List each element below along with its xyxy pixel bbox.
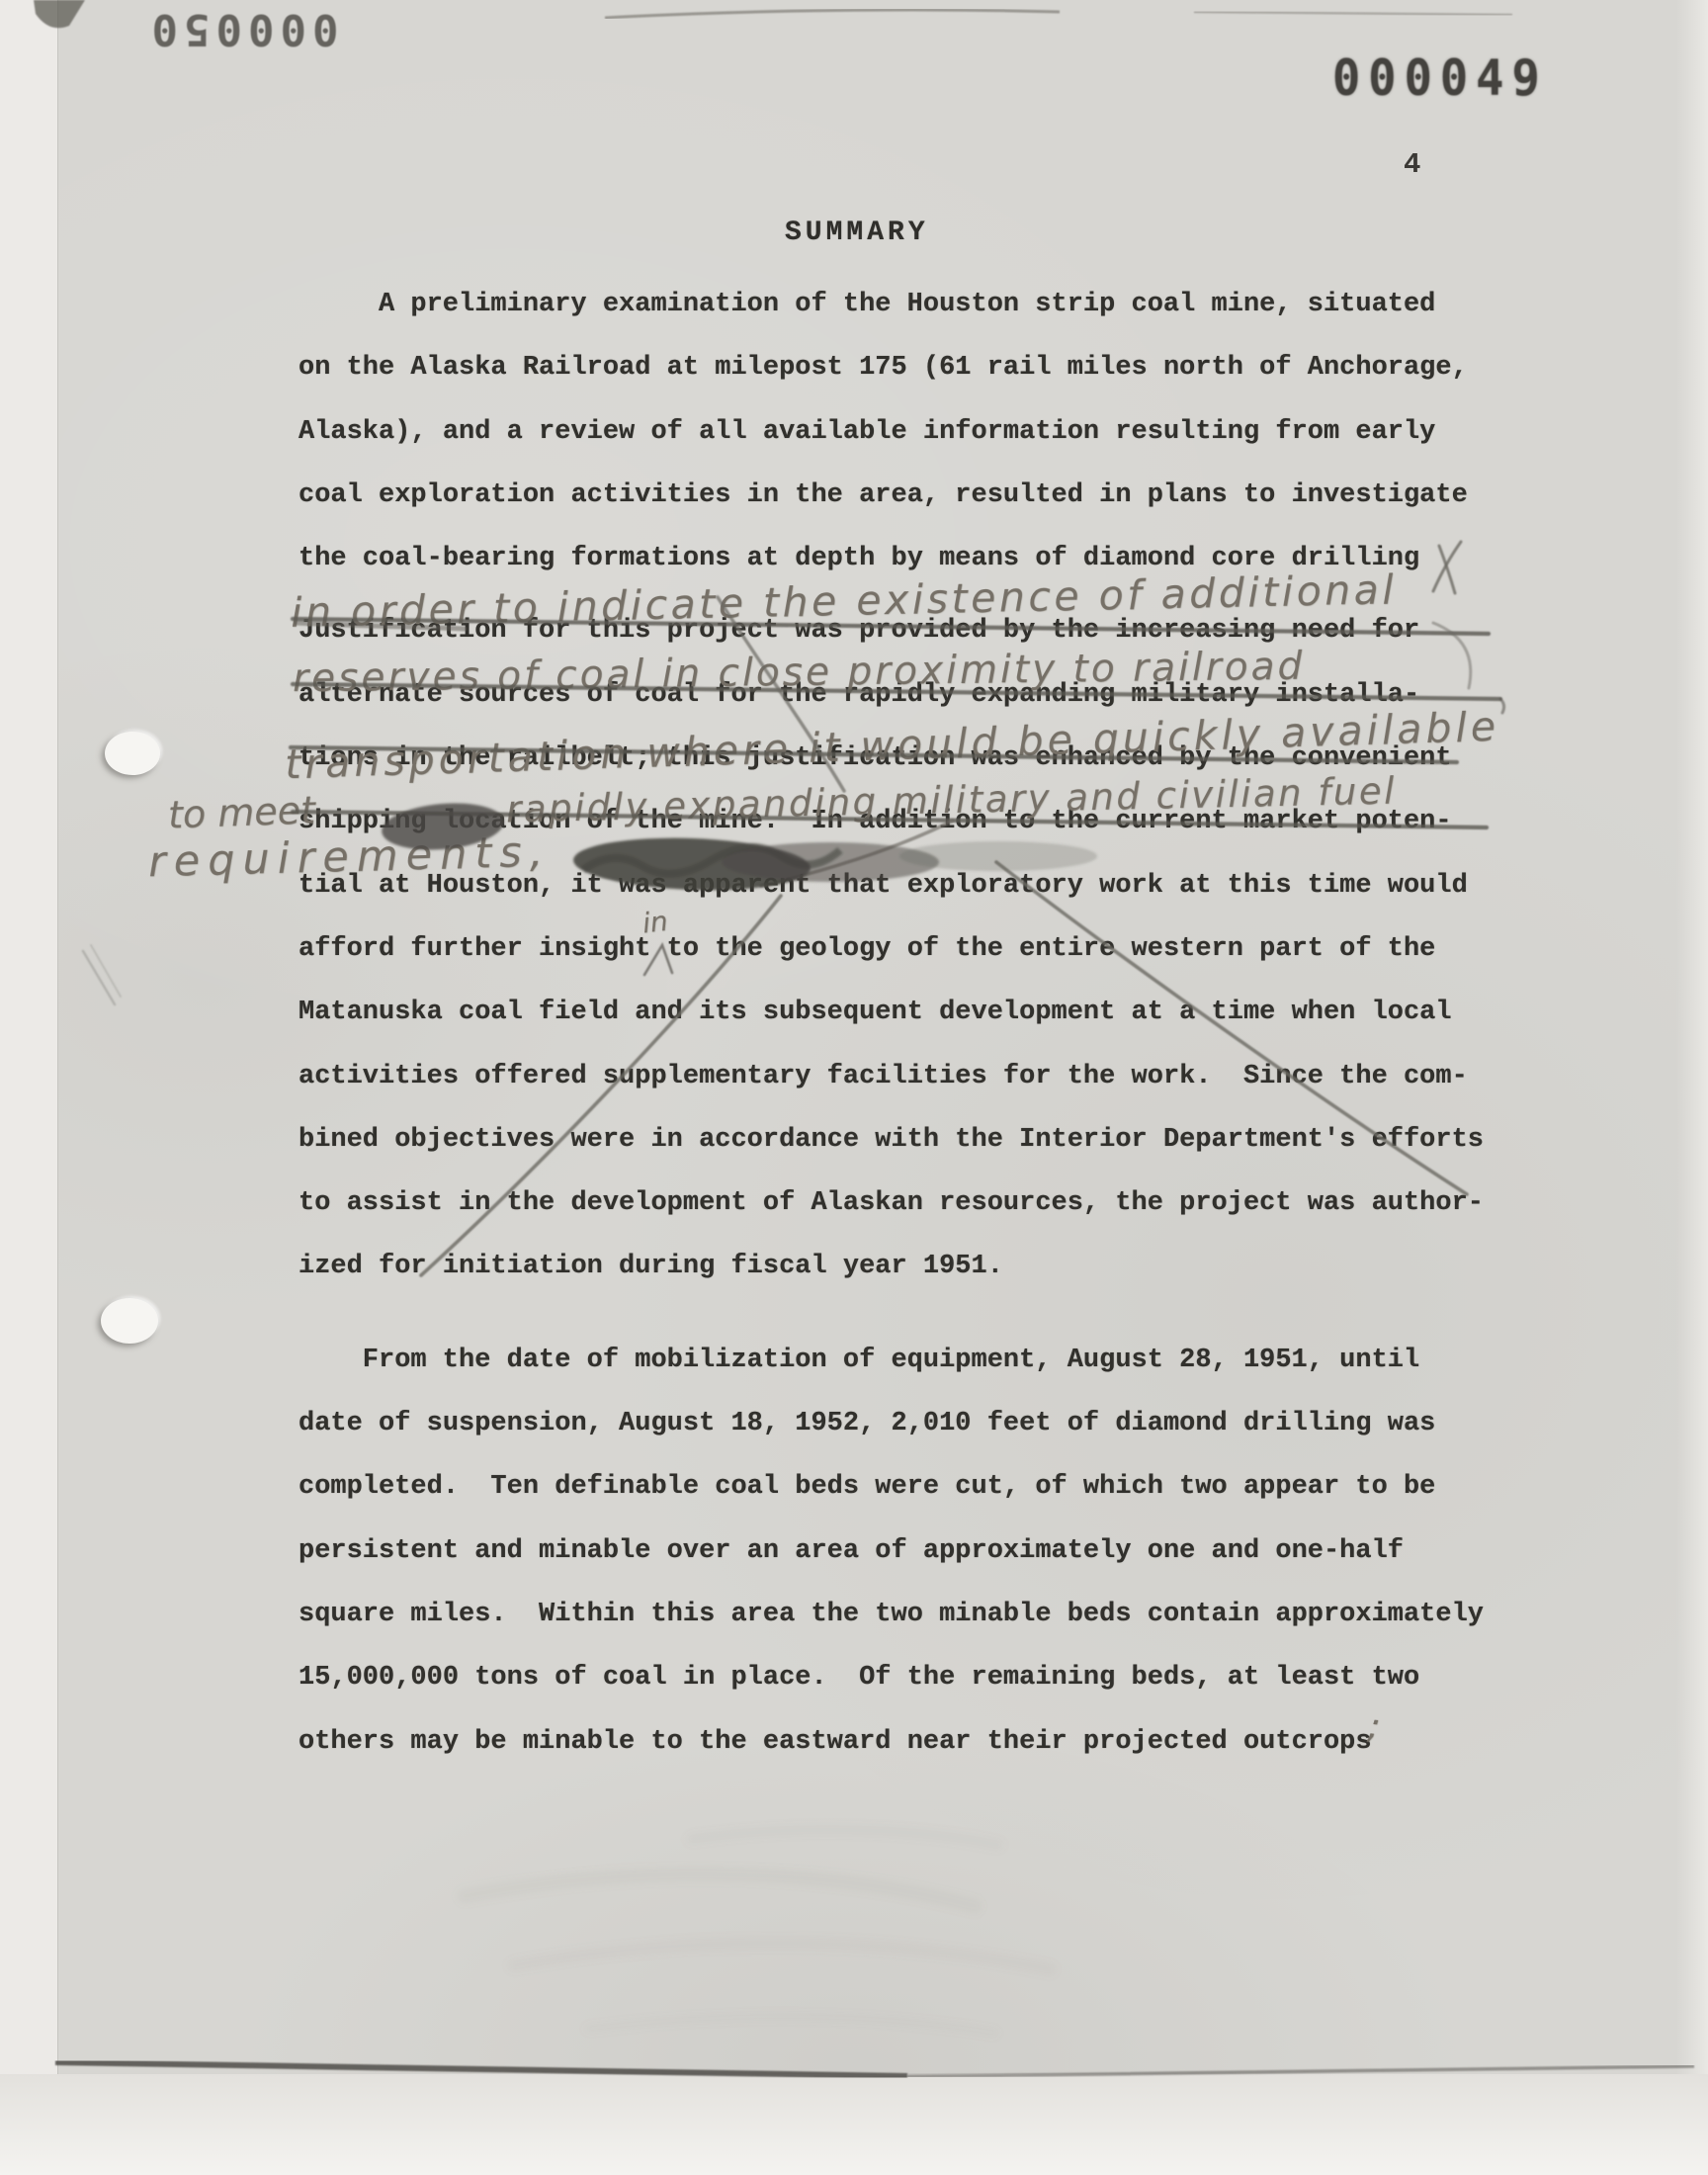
typed-line: bined objectives were in accordance with… bbox=[299, 1108, 1544, 1172]
typed-line: date of suspension, August 18, 1952, 2,0… bbox=[299, 1392, 1544, 1455]
typed-line: square miles. Within this area the two m… bbox=[299, 1583, 1544, 1646]
typed-line: activities offered supplementary facilit… bbox=[299, 1045, 1544, 1108]
scan-edge-bottom bbox=[0, 2074, 1708, 2175]
typed-line: to assist in the development of Alaskan … bbox=[299, 1172, 1544, 1235]
typed-line: afford further insight to the geology of… bbox=[299, 917, 1544, 981]
typed-line: on the Alaska Railroad at milepost 175 (… bbox=[299, 336, 1544, 399]
typed-line: A preliminary examination of the Houston… bbox=[299, 273, 1544, 336]
typed-line: ized for initiation during fiscal year 1… bbox=[299, 1235, 1544, 1298]
typed-body: A preliminary examination of the Houston… bbox=[299, 273, 1544, 1774]
page-number: 4 bbox=[1404, 148, 1420, 181]
typed-line: From the date of mobilization of equipme… bbox=[299, 1329, 1544, 1392]
scan-edge-left bbox=[0, 0, 58, 2175]
bleedthrough-ghost-marks bbox=[465, 1830, 1050, 2033]
typed-line: 15,000,000 tons of coal in place. Of the… bbox=[299, 1646, 1544, 1709]
handwritten-insertion-line-4-start: to meet bbox=[167, 788, 315, 836]
typed-line: completed. Ten definable coal beds were … bbox=[299, 1455, 1544, 1519]
typed-line: Matanuska coal field and its subsequent … bbox=[299, 981, 1544, 1044]
document-number-stamp: 000049 bbox=[1332, 49, 1548, 107]
page-title: SUMMARY bbox=[785, 217, 929, 248]
typed-line: coal exploration activities in the area,… bbox=[299, 464, 1544, 527]
hole-punch-bottom bbox=[101, 1298, 158, 1344]
handwritten-inserted-word: in bbox=[640, 905, 669, 939]
typed-line: others may be minable to the eastward ne… bbox=[299, 1710, 1544, 1774]
hole-punch-top bbox=[105, 732, 160, 775]
scanned-document-page: 000050 000049 4 SUMMARY A preliminary ex… bbox=[0, 0, 1708, 2175]
bleedthrough-stamp: 000050 bbox=[138, 4, 346, 54]
scan-edge-right bbox=[1676, 0, 1708, 2175]
typed-line: Alaska), and a review of all available i… bbox=[299, 400, 1544, 464]
typed-line: persistent and minable over an area of a… bbox=[299, 1520, 1544, 1583]
handwritten-insertion-line-5: requirements, bbox=[147, 827, 551, 888]
